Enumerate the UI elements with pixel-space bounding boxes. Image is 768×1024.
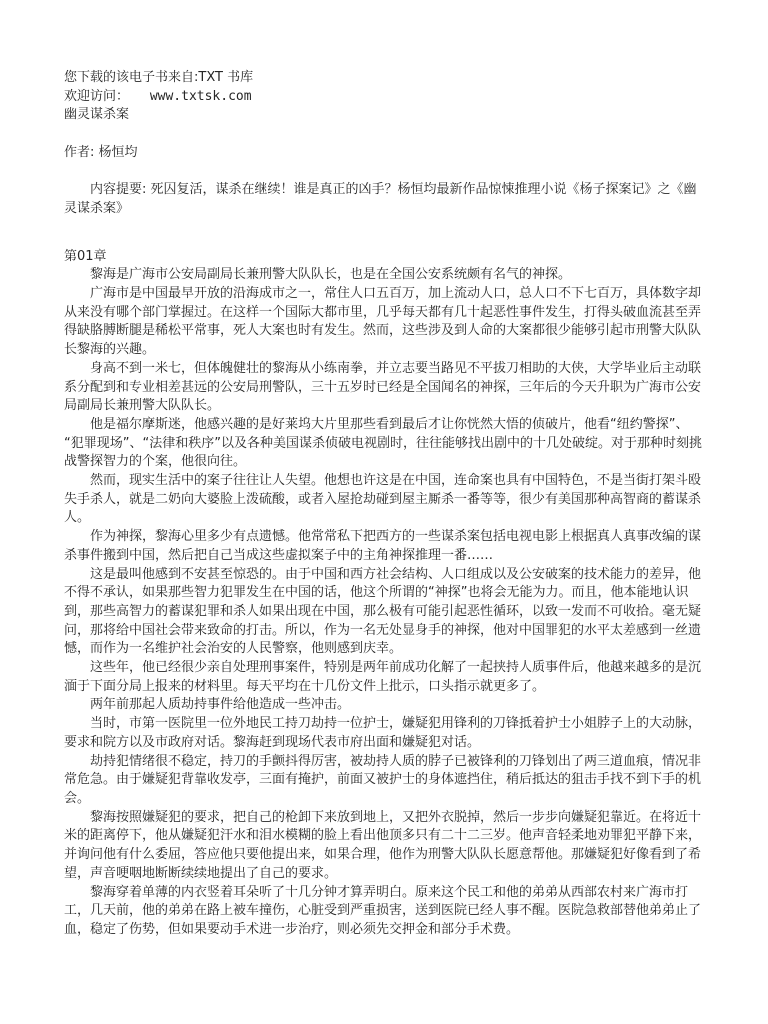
body-paragraph: 然而，现实生活中的案子往往让人失望。他想也许这是在中国，连命案也具有中国特色，不… [64,472,703,528]
welcome-line: 欢迎访问：www.txtsk.com [64,88,703,107]
book-title: 幽灵谋杀案 [64,106,703,125]
body-paragraph: 黎海穿着单薄的内衣竖着耳朵听了十几分钟才算弄明白。原来这个民工和他的弟弟从西部农… [64,884,703,940]
synopsis-paragraph: 内容提要: 死囚复活，谋杀在继续！谁是真正的凶手？杨恒均最新作品惊悚推理小说《杨… [64,181,703,218]
url-text: www.txtsk.com [150,89,252,104]
source-line: 您下载的该电子书来自:TXT 书库 [64,69,703,88]
body-paragraph: 两年前那起人质劫持事件给他造成一些冲击。 [64,696,703,715]
ebook-content: 您下载的该电子书来自:TXT 书库 欢迎访问：www.txtsk.com 幽灵谋… [64,69,703,940]
body-paragraph: 广海市是中国最早开放的沿海成市之一，常住人口五百万，加上流动人口，总人口不下七百… [64,285,703,360]
body-paragraph: 当时，市第一医院里一位外地民工持刀劫持一位护士，嫌疑犯用锋利的刀锋抵着护士小姐脖… [64,715,703,752]
body-paragraph: 这些年，他已经很少亲自处理刑事案件，特别是两年前成功化解了一起挟持人质事件后，他… [64,659,703,696]
body-paragraph: 这是最叫他感到不安甚至惊恐的。由于中国和西方社会结构、人口组成以及公安破案的技术… [64,566,703,660]
body-paragraph: 黎海是广海市公安局副局长兼刑警大队队长，也是在全国公安系统颇有名气的神探。 [64,266,703,285]
body-paragraph: 劫持犯情绪很不稳定，持刀的手颤抖得厉害，被劫持人质的脖子已被锋利的刀锋划出了两三… [64,753,703,809]
body-paragraph: 作为神探，黎海心里多少有点遗憾。他常常私下把西方的一些谋杀案包括电视电影上根据真… [64,528,703,565]
body-paragraph: 黎海按照嫌疑犯的要求，把自己的枪卸下来放到地上，又把外衣脱掉，然后一步步向嫌疑犯… [64,809,703,884]
body-paragraph: 身高不到一米七，但体魄健壮的黎海从小练南拳，并立志要当路见不平拔刀相助的大侠，大… [64,360,703,416]
ebook-page: 您下载的该电子书来自:TXT 书库 欢迎访问：www.txtsk.com 幽灵谋… [0,0,768,1024]
chapter-heading: 第01章 [64,248,703,267]
author-line: 作者: 杨恒均 [64,144,703,163]
body-paragraph: 他是福尔摩斯迷，他感兴趣的是好莱坞大片里那些看到最后才让你恍然大悟的侦破片，他看… [64,416,703,472]
visit-label: 欢迎访问： [64,89,129,104]
